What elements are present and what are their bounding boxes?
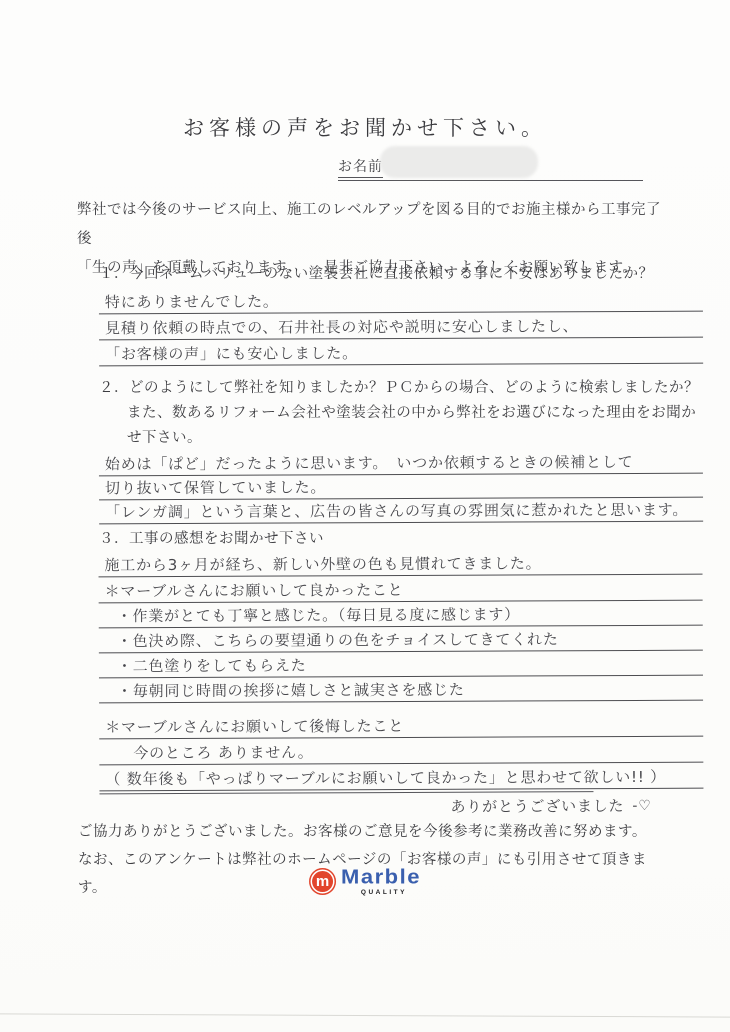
intro-line-1: 弊社では今後のサービス向上、施工のレベルアップを図る目的でお施主様から工事完了後 <box>77 196 663 254</box>
good-bullet-line: ・二色塗りをしてもらえた <box>99 651 703 679</box>
question-2-text-line-3: せ下さい。 <box>99 426 703 451</box>
heart-doodle-icon: -♡ <box>632 797 651 813</box>
question-3-section: ３．工事の感想をお聞かせ下さい 施工から3ヶ月が経ち、新しい外壁の色も見慣れてき… <box>99 528 703 817</box>
scanned-questionnaire-page: お客様の声をお聞かせ下さい。 お名前 弊社では今後のサービス向上、施工のレベルア… <box>0 0 730 1032</box>
good-bullet-line: ・色決め際、こちらの要望通りの色をチョイスしてきてくれた <box>99 626 703 654</box>
good-things-heading: ＊マーブルさんにお願いして良かったこと <box>99 575 703 604</box>
thanks-note: ありがとうございました -♡ <box>99 795 703 819</box>
question-1-section: １．今回ネームバリューのない塗装会社に直接依頼する事に不安はありましたか？ 特に… <box>99 262 703 365</box>
scan-paper-edge <box>0 1013 730 1017</box>
answer-line: 「レンガ調」という言葉と、広告の皆さんの写真の雰囲気に惹かれたと思います。 <box>99 498 703 525</box>
logo-mark-letter: m <box>316 874 329 889</box>
question-3-answers: 施工から3ヶ月が経ち、新しい外壁の色も見慣れてきました。 ＊マーブルさんにお願い… <box>98 549 703 819</box>
redacted-name <box>380 146 538 178</box>
good-bullet-line: ・作業がとても丁寧と感じた。（毎日見る度に感じます） <box>99 601 703 629</box>
answer-line: 特にありませんでした。 <box>99 286 703 315</box>
question-2-text-line-2: また、数あるリフォーム会社や塗装会社の中から弊社をお選びになった理由をお聞か <box>99 401 703 426</box>
closing-line-1: ご協力ありがとうございました。お客様のご意見を今後参考に業務改善に努めます。 <box>78 818 658 846</box>
question-3-text: ３．工事の感想をお聞かせ下さい <box>99 528 703 550</box>
answer-line: 切り抜いて保管していました。 <box>99 474 703 501</box>
marble-logo-mark-icon: m <box>309 868 336 895</box>
question-1-answers: 特にありませんでした。 見積り依頼の時点での、石井社長の対応や説明に安心しました… <box>99 286 703 367</box>
logo-brand-text: Marble <box>341 867 421 887</box>
answer-line: 施工から3ヶ月が経ち、新しい外壁の色も見慣れてきました。 <box>98 549 702 578</box>
name-label: お名前 <box>338 156 383 178</box>
question-2-answers: 始めは「ぱど」だったように思います。 いつか依頼するときの候補として 切り抜いて… <box>99 450 703 525</box>
regret-line: 今のところ ありません。 <box>99 737 703 766</box>
answer-line: 見積り依頼の時点での、石井社長の対応や説明に安心しましたし、 <box>99 312 703 341</box>
logo-tagline-text: QUALITY <box>361 889 407 896</box>
good-bullet-line: ・毎朝同じ時間の挨拶に嬉しさと誠実さを感じた <box>99 676 703 704</box>
page-title: お客様の声をお聞かせ下さい。 <box>0 112 730 142</box>
answer-line: 「お客様の声」にも安心しました。 <box>99 338 703 367</box>
marble-logo: m Marble QUALITY <box>309 866 421 896</box>
logo-wordmark: Marble QUALITY <box>341 866 421 896</box>
name-field-line: お名前 <box>338 152 643 181</box>
answer-line: 始めは「ぱど」だったように思います。 いつか依頼するときの候補として <box>99 450 703 477</box>
question-2-text-line-1: ２．どのようにして弊社を知りましたか？ＰＣからの場合、どのように検索しましたか？ <box>99 376 703 401</box>
question-2-section: ２．どのようにして弊社を知りましたか？ＰＣからの場合、どのように検索しましたか？… <box>99 376 703 523</box>
thanks-text: ありがとうございました <box>450 795 624 817</box>
regret-heading: ＊マーブルさんにお願いして後悔したこと <box>99 711 703 740</box>
question-1-text: １．今回ネームバリューのない塗装会社に直接依頼する事に不安はありましたか？ <box>99 262 703 287</box>
regret-line: （ 数年後も「やっぱりマーブルにお願いして良かった」と思わせて欲しい!! ） <box>99 763 703 792</box>
